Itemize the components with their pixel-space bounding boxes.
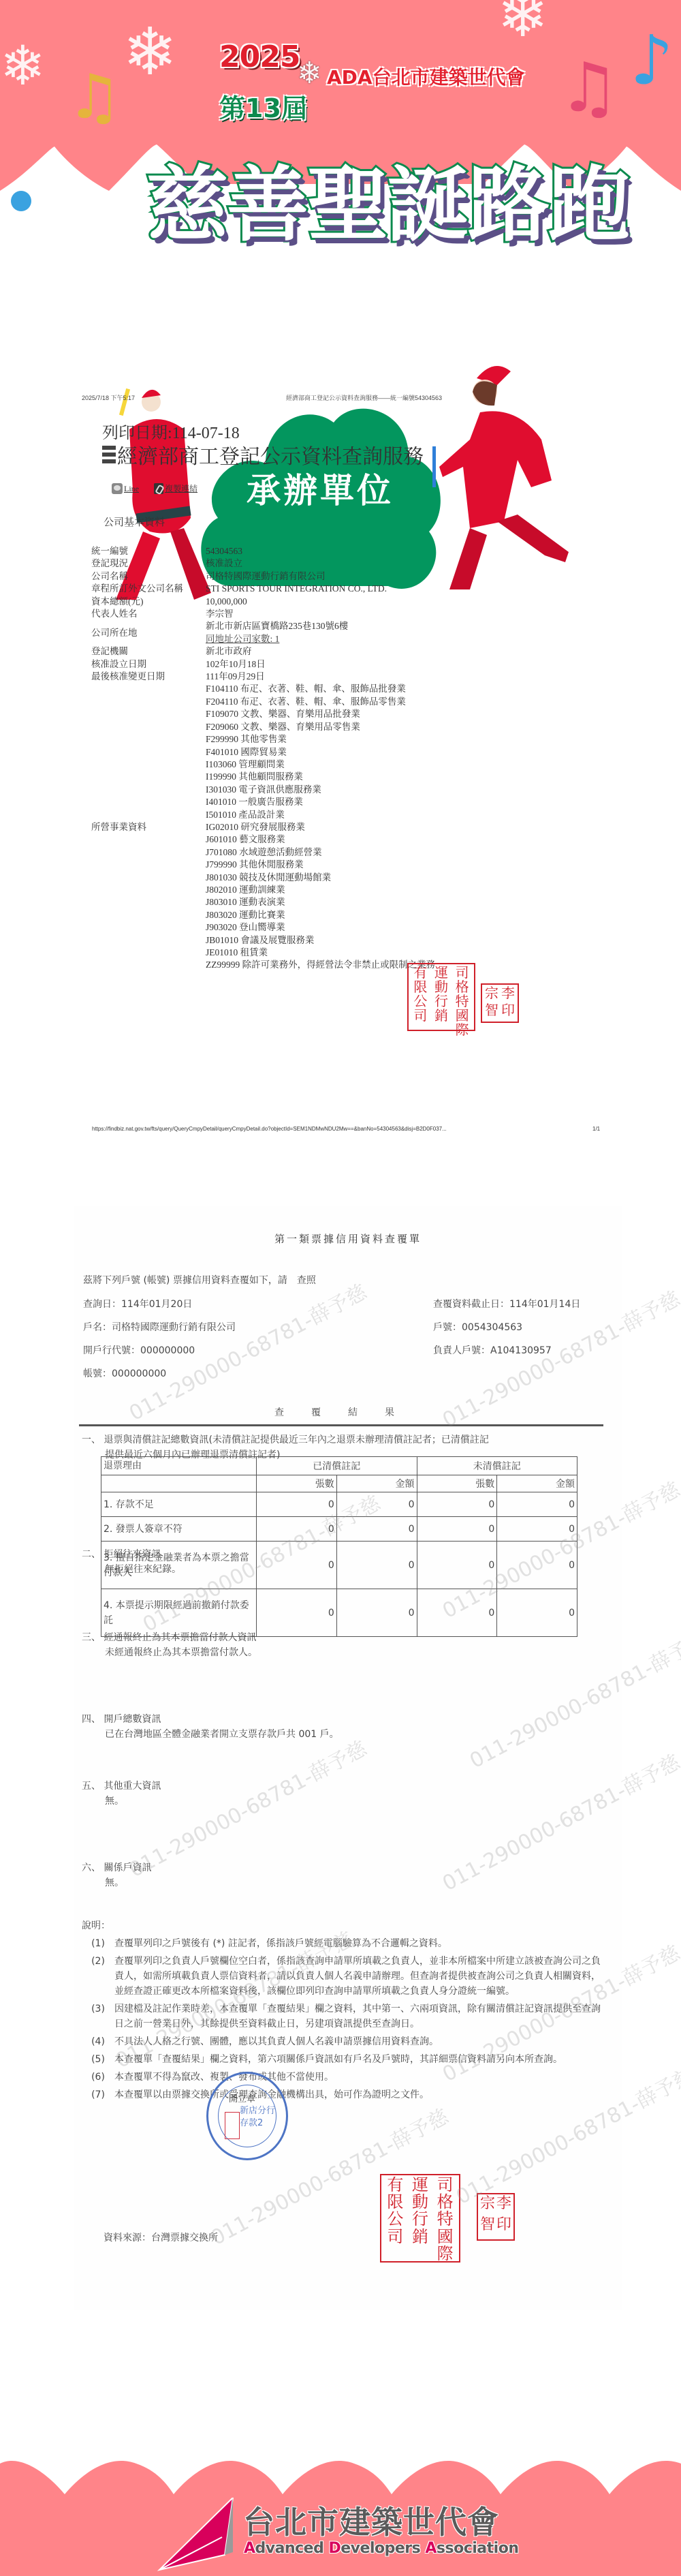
business-item: J903020 登山嚮導業 bbox=[206, 921, 609, 934]
share-line-link[interactable]: Line bbox=[112, 483, 139, 494]
value-cell: 0 bbox=[257, 1517, 337, 1542]
section-title: 二、 拒絕往來資訊 bbox=[82, 1547, 181, 1562]
seal-character: 限 bbox=[383, 2194, 408, 2211]
divider bbox=[79, 1424, 603, 1426]
seal-character: 格 bbox=[432, 2194, 458, 2211]
business-item: I103060 管理顧問業 bbox=[206, 758, 609, 771]
info-row-address: 公司所在地 新北市新店區寶橋路235巷130號6樓 同地址公司家數: 1 bbox=[91, 620, 609, 645]
note-item: (5)本查覆單「查覆結果」欄之資料，第六項關係戶資訊如有戶名及戶號時，其詳細票信… bbox=[82, 2052, 606, 2067]
business-item: F299990 其他零售業 bbox=[206, 733, 609, 746]
copy-link-button[interactable]: 複製連結 bbox=[154, 482, 197, 494]
note-item: (2)查覆單列印之負責人戶號欄位空白者，係指該查詢申請單所填載之負責人，並非本所… bbox=[82, 1954, 606, 1999]
value-cell: 0 bbox=[417, 1589, 497, 1637]
music-note-icon: ♪ bbox=[630, 20, 674, 100]
note-text: 查覆單列印之負責人戶號欄位空白者，係指該查詢申請單所填載之負責人，並非本所檔案中… bbox=[114, 1954, 606, 1999]
representative-seal-stamp: 宗智李印 bbox=[477, 2193, 515, 2241]
info-key: 核准設立日期 bbox=[91, 658, 206, 671]
value-cell: 0 bbox=[257, 1589, 337, 1637]
section-body: 未經通報終止為其本票擔當付款人。 bbox=[82, 1645, 257, 1660]
value-cell: 0 bbox=[336, 1589, 417, 1637]
company-seal-stamp: 有限公司運動行銷司格特國際 bbox=[380, 2174, 460, 2263]
info-row: 核准設立日期102年10月18日 bbox=[91, 658, 609, 671]
seal-character: 李 bbox=[500, 986, 516, 1003]
info-key: 登記機關 bbox=[91, 645, 206, 658]
seal-character: 智 bbox=[484, 1003, 500, 1020]
snowflake-icon: ❄ bbox=[297, 56, 322, 91]
note-number: (4) bbox=[82, 2034, 114, 2049]
print-footer-page: 1/1 bbox=[592, 1126, 600, 1132]
share-toolbar: Line 複製連結 bbox=[112, 482, 197, 494]
business-item: J801030 競技及休閒運動場館業 bbox=[206, 872, 609, 884]
business-item: JE01010 租賃業 bbox=[206, 947, 609, 959]
note-item: (6)本查覆單不得為竄改、複製、發布或其他不當使用。 bbox=[82, 2070, 606, 2085]
info-key: 最後核准變更日期 bbox=[91, 671, 206, 683]
note-number: (1) bbox=[82, 1936, 114, 1951]
service-title-text: 經濟部商工登記公示資料查詢服務 bbox=[117, 440, 424, 470]
section-body: 無拒絕往來紀錄。 bbox=[82, 1562, 181, 1577]
table-row: 1. 存款不足0000 bbox=[101, 1492, 577, 1517]
business-item: F109070 文教、樂器、育樂用品批發業 bbox=[206, 708, 609, 720]
value-cell: 0 bbox=[497, 1492, 577, 1517]
info-key: 公司所在地 bbox=[91, 620, 206, 645]
music-note-icon: ♫ bbox=[67, 61, 122, 133]
seal-character: 李 bbox=[496, 2196, 512, 2217]
same-address-companies-link[interactable]: 同地址公司家數: 1 bbox=[206, 634, 279, 644]
business-item: J802010 運動訓練業 bbox=[206, 884, 609, 896]
seal-character: 宗 bbox=[479, 2196, 496, 2217]
seal-character: 銷 bbox=[408, 2228, 433, 2263]
table-row: 4. 本票提示期限經過前撤銷付款委託0000 bbox=[101, 1589, 577, 1637]
report-title: 第一類票據信用資料查覆單 bbox=[74, 1231, 622, 1246]
info-key: 所營事業資料 bbox=[91, 683, 206, 971]
info-value: 司格特國際運動行銷有限公司 bbox=[206, 570, 609, 583]
info-row: 登記機關新北市政府 bbox=[91, 645, 609, 658]
event-year: 2025 bbox=[219, 40, 300, 74]
seal-character: 特 bbox=[432, 2211, 458, 2228]
note-text: 本查覆單不得為竄改、複製、發布或其他不當使用。 bbox=[114, 2070, 606, 2085]
note-number: (7) bbox=[82, 2087, 114, 2102]
business-item: I199990 其他顧問服務業 bbox=[206, 771, 609, 783]
report-section: 六、 關係戶資訊無。 bbox=[82, 1860, 151, 1890]
seal-character: 運 bbox=[431, 966, 452, 980]
seal-character: 有 bbox=[410, 966, 431, 980]
print-footer-url: https://findbiz.nat.gov.tw/fts/query/Que… bbox=[92, 1126, 447, 1132]
col-cleared: 已清償註記 bbox=[257, 1457, 417, 1475]
sub-count: 張數 bbox=[417, 1475, 497, 1492]
bank-stamp-text: 新店分行 存款2 bbox=[240, 2105, 278, 2130]
section-body: 已在台灣地區全體金融業者開立支票存款戶共 001 戶。 bbox=[82, 1727, 339, 1742]
seal-character: 動 bbox=[431, 980, 452, 994]
report-section: 二、 拒絕往來資訊無拒絕往來紀錄。 bbox=[82, 1547, 181, 1577]
note-item: (4)不具法人人格之行號、團體，應以其負責人個人名義申請票據信用資料查詢。 bbox=[82, 2034, 606, 2049]
business-item: J799990 其他休閒服務業 bbox=[206, 859, 609, 871]
notes-title: 說明： bbox=[82, 1918, 606, 1933]
account-name: 戶名：司格特國際運動行銷有限公司 bbox=[83, 1320, 236, 1334]
print-timestamp: 2025/7/18 下午5:17 bbox=[82, 393, 135, 402]
seal-character: 行 bbox=[408, 2211, 433, 2228]
section-body: 無。 bbox=[82, 1875, 151, 1890]
seal-character: 行 bbox=[431, 994, 452, 1009]
snowflake-icon: ❄ bbox=[123, 14, 177, 90]
event-organizer: ADA台北市建築世代會 bbox=[327, 63, 525, 90]
report-intro: 茲將下列戶號 (帳號) 票據信用資料查覆如下，請 查照 bbox=[83, 1273, 316, 1287]
note-text: 本查覆單以由票據交換所或受理查詢金融機構出具，始可作為證明之文件。 bbox=[114, 2087, 606, 2102]
owner-account-number: 負責人戶號：A104130957 bbox=[433, 1343, 552, 1357]
seal-character: 司 bbox=[452, 966, 473, 980]
info-row: 登記現況核准設立 bbox=[91, 557, 609, 570]
business-item: J803020 運動比賽業 bbox=[206, 909, 609, 921]
bank-branch-stamp: 開立章 新店分行 存款2 bbox=[206, 2072, 288, 2160]
footer-org-name-en: Advanced Developers Association bbox=[244, 2540, 519, 2557]
share-line-label: Line bbox=[124, 484, 139, 494]
seal-character: 運 bbox=[408, 2177, 433, 2194]
seal-character: 印 bbox=[496, 2217, 512, 2238]
value-cell: 0 bbox=[417, 1492, 497, 1517]
seal-character: 司 bbox=[432, 2177, 458, 2194]
seal-character: 國際 bbox=[432, 2228, 458, 2263]
value-cell: 0 bbox=[336, 1517, 417, 1542]
seal-character: 公 bbox=[383, 2211, 408, 2228]
seal-character: 印 bbox=[500, 1003, 516, 1020]
note-item: (7)本查覆單以由票據交換所或受理查詢金融機構出具，始可作為證明之文件。 bbox=[82, 2087, 606, 2102]
seal-character: 動 bbox=[408, 2194, 433, 2211]
cheque-credit-report-document: 第一類票據信用資料查覆單 茲將下列戶號 (帳號) 票據信用資料查覆如下，請 查照… bbox=[74, 1206, 622, 2310]
sub-amount: 金額 bbox=[497, 1475, 577, 1492]
note-text: 不具法人人格之行號、團體，應以其負責人個人名義申請票據信用資料查詢。 bbox=[114, 2034, 606, 2049]
section-title: 一、 退票與清償註記總數資訊(未清償註記提供最近三年內之退票未辦理清償註記者；已… bbox=[82, 1432, 489, 1447]
info-row: 章程所訂外文公司名稱STI SPORTS TOUR INTEGRATION CO… bbox=[91, 583, 609, 595]
info-value: 10,000,000 bbox=[206, 596, 609, 608]
info-value: 111年09月29日 bbox=[206, 671, 609, 683]
seal-character: 公 bbox=[410, 994, 431, 1009]
menu-icon bbox=[102, 446, 116, 463]
seal-character: 智 bbox=[479, 2217, 496, 2238]
note-text: 因建檔及註記作業時差，本查覆單「查覆結果」欄之資料，其中第一、六兩項資訊，除有關… bbox=[114, 2002, 606, 2031]
note-text: 本查覆單「查覆結果」欄之資料，第六項關係戶資訊如有戶名及戶號時，其詳細票信資料請… bbox=[114, 2052, 606, 2067]
seal-character: 有 bbox=[383, 2177, 408, 2194]
footer-org-initial: A bbox=[425, 2540, 437, 2557]
note-text: 查覆單列印之戶號後有 (*) 註記者，係指該戶號經電腦驗算為不合邏輯之資料。 bbox=[114, 1936, 606, 1951]
business-item: IG02010 研究發展服務業 bbox=[206, 821, 609, 833]
bank-account-number: 帳號：000000000 bbox=[83, 1366, 166, 1380]
info-row: 資本總額(元)10,000,000 bbox=[91, 596, 609, 608]
footer-org-initial: D bbox=[329, 2540, 341, 2557]
result-heading: 查覆結果 bbox=[74, 1405, 622, 1419]
event-banner: ❄ ❄ ❄ ♫ ♫ ♪ 2025 第13屆 ❄ ADA台北市建築世代會 慈善聖誕… bbox=[0, 0, 681, 300]
business-item: I301030 電子資訊供應服務業 bbox=[206, 784, 609, 796]
info-key: 登記現況 bbox=[91, 557, 206, 570]
line-app-icon bbox=[112, 483, 123, 494]
reason-cell: 1. 存款不足 bbox=[101, 1492, 257, 1517]
note-item: (1)查覆單列印之戶號後有 (*) 註記者，係指該戶號經電腦驗算為不合邏輯之資料… bbox=[82, 1936, 606, 1951]
section-title: 六、 關係戶資訊 bbox=[82, 1860, 151, 1875]
event-edition: 第13屆 bbox=[219, 87, 307, 125]
event-title: 慈善聖誕路跑 bbox=[146, 140, 629, 257]
info-value: 54304563 bbox=[206, 545, 609, 557]
print-header-title: 經濟部商工登記公示資料查詢服務——統一編號54304563 bbox=[286, 393, 442, 402]
business-item: F204110 布疋、衣著、鞋、帽、傘、服飾品零售業 bbox=[206, 696, 609, 708]
info-key: 公司名稱 bbox=[91, 570, 206, 583]
business-item: J701080 水域遊憩活動經營業 bbox=[206, 846, 609, 859]
info-row: 公司名稱司格特國際運動行銷有限公司 bbox=[91, 570, 609, 583]
info-row-business-items: 所營事業資料 F104110 布疋、衣著、鞋、帽、傘、服飾品批發業F204110… bbox=[91, 683, 609, 971]
footer-org-name-cn: 台北市建築世代會 bbox=[243, 2498, 499, 2543]
section-body: 無。 bbox=[82, 1794, 161, 1809]
info-row: 代表人姓名李宗智 bbox=[91, 608, 609, 620]
col-reason: 退票理由 bbox=[101, 1457, 257, 1475]
business-item: I501010 產品設計業 bbox=[206, 809, 609, 821]
info-value: STI SPORTS TOUR INTEGRATION CO., LTD. bbox=[206, 583, 609, 595]
info-key: 代表人姓名 bbox=[91, 608, 206, 620]
report-section: 三、 經通報終止為其本票擔當付款人資訊未經通報終止為其本票擔當付款人。 bbox=[82, 1630, 257, 1660]
value-cell: 0 bbox=[497, 1517, 577, 1542]
notes-section: 說明： (1)查覆單列印之戶號後有 (*) 註記者，係指該戶號經電腦驗算為不合邏… bbox=[82, 1918, 606, 2102]
business-item: F209060 文教、樂器、育樂用品零售業 bbox=[206, 721, 609, 733]
business-items-list: F104110 布疋、衣著、鞋、帽、傘、服飾品批發業F204110 布疋、衣著、… bbox=[206, 683, 609, 971]
seal-character: 宗 bbox=[484, 986, 500, 1003]
info-row: 統一編號54304563 bbox=[91, 545, 609, 557]
bank-stamp-label: 開立章 bbox=[229, 2091, 255, 2104]
bank-code: 開戶行代號：000000000 bbox=[83, 1343, 195, 1357]
info-row: 最後核准變更日期111年09月29日 bbox=[91, 671, 609, 683]
company-address: 新北市新店區寶橋路235巷130號6樓 bbox=[206, 621, 348, 631]
data-cutoff-date: 查覆資料截止日：114年01月14日 bbox=[433, 1297, 580, 1310]
note-number: (6) bbox=[82, 2070, 114, 2085]
note-number: (3) bbox=[82, 2002, 114, 2031]
company-seal-stamp: 有限公司運動行銷司格特國際 bbox=[407, 963, 475, 1031]
value-cell: 0 bbox=[336, 1492, 417, 1517]
report-section: 五、 其他重大資訊無。 bbox=[82, 1779, 161, 1809]
business-item: F104110 布疋、衣著、鞋、帽、傘、服飾品批發業 bbox=[206, 683, 609, 695]
sub-count: 張數 bbox=[257, 1475, 337, 1492]
snowflake-icon: ❄ bbox=[0, 34, 46, 97]
seal-character: 特 bbox=[452, 994, 473, 1009]
info-key: 統一編號 bbox=[91, 545, 206, 557]
section-heading-basic-info: 公司基本資料 bbox=[104, 515, 165, 529]
data-source: 資料來源：台灣票據交換所 bbox=[104, 2230, 218, 2244]
seal-character: 司 bbox=[383, 2228, 408, 2263]
value-cell: 0 bbox=[417, 1517, 497, 1542]
seal-character: 限 bbox=[410, 980, 431, 994]
info-key: 資本總額(元) bbox=[91, 596, 206, 608]
value-cell: 0 bbox=[336, 1542, 417, 1589]
note-number: (5) bbox=[82, 2052, 114, 2067]
report-section: 四、 開戶總數資訊已在台灣地區全體金融業者開立支票存款戶共 001 戶。 bbox=[82, 1712, 339, 1742]
value-cell: 0 bbox=[497, 1542, 577, 1589]
value-cell: 0 bbox=[497, 1589, 577, 1637]
ornament-icon bbox=[11, 191, 31, 211]
business-item: I401010 一般廣告服務業 bbox=[206, 796, 609, 808]
service-title: 經濟部商工登記公示資料查詢服務 bbox=[102, 440, 424, 470]
value-cell: 0 bbox=[257, 1492, 337, 1517]
account-number-household: 戶號：0054304563 bbox=[433, 1320, 522, 1334]
section-title: 五、 其他重大資訊 bbox=[82, 1779, 161, 1794]
note-item: (3)因建檔及註記作業時差，本查覆單「查覆結果」欄之資料，其中第一、六兩項資訊，… bbox=[82, 2002, 606, 2031]
music-note-icon: ♫ bbox=[558, 48, 620, 127]
seal-character: 國際 bbox=[452, 1009, 473, 1037]
copy-link-label: 複製連結 bbox=[165, 482, 197, 494]
business-item: F401010 國際貿易業 bbox=[206, 746, 609, 758]
snowflake-icon: ❄ bbox=[497, 0, 548, 51]
watermark: 011-290000-68781-薛予慈 bbox=[463, 1623, 681, 1774]
watermark: 011-290000-68781-薛予慈 bbox=[436, 1745, 681, 1897]
info-value: 核准設立 bbox=[206, 557, 609, 570]
ada-logo-icon bbox=[157, 2498, 238, 2573]
business-registry-document: 2025/7/18 下午5:17 經濟部商工登記公示資料查詢服務——統一編號54… bbox=[82, 392, 613, 1155]
query-date: 查詢日：114年01月20日 bbox=[83, 1297, 192, 1310]
section-title: 三、 經通報終止為其本票擔當付款人資訊 bbox=[82, 1630, 257, 1645]
value-cell: 0 bbox=[257, 1542, 337, 1589]
representative-seal-stamp: 宗智李印 bbox=[481, 983, 519, 1023]
info-key: 章程所訂外文公司名稱 bbox=[91, 583, 206, 595]
seal-character: 格 bbox=[452, 980, 473, 994]
table-row: 2. 發票人簽章不符0000 bbox=[101, 1517, 577, 1542]
col-uncleared: 未清償註記 bbox=[417, 1457, 577, 1475]
business-item: JB01010 會議及展覽服務業 bbox=[206, 934, 609, 947]
reason-cell: 2. 發票人簽章不符 bbox=[101, 1517, 257, 1542]
business-item: J601010 藝文服務業 bbox=[206, 833, 609, 846]
note-number: (2) bbox=[82, 1954, 114, 1999]
seal-character: 司 bbox=[410, 1009, 431, 1037]
business-item: J803010 運動表演業 bbox=[206, 896, 609, 908]
section-title: 四、 開戶總數資訊 bbox=[82, 1712, 339, 1727]
footer-org-initial: A bbox=[244, 2540, 255, 2557]
company-info-table: 統一編號54304563登記現況核准設立公司名稱司格特國際運動行銷有限公司章程所… bbox=[91, 545, 609, 972]
seal-character: 銷 bbox=[431, 1009, 452, 1037]
info-value: 102年10月18日 bbox=[206, 658, 609, 671]
sub-amount: 金額 bbox=[336, 1475, 417, 1492]
info-value: 新北市政府 bbox=[206, 645, 609, 658]
value-cell: 0 bbox=[417, 1542, 497, 1589]
info-value: 李宗智 bbox=[206, 608, 609, 620]
reason-cell: 4. 本票提示期限經過前撤銷付款委託 bbox=[101, 1589, 257, 1637]
link-icon bbox=[154, 483, 163, 494]
